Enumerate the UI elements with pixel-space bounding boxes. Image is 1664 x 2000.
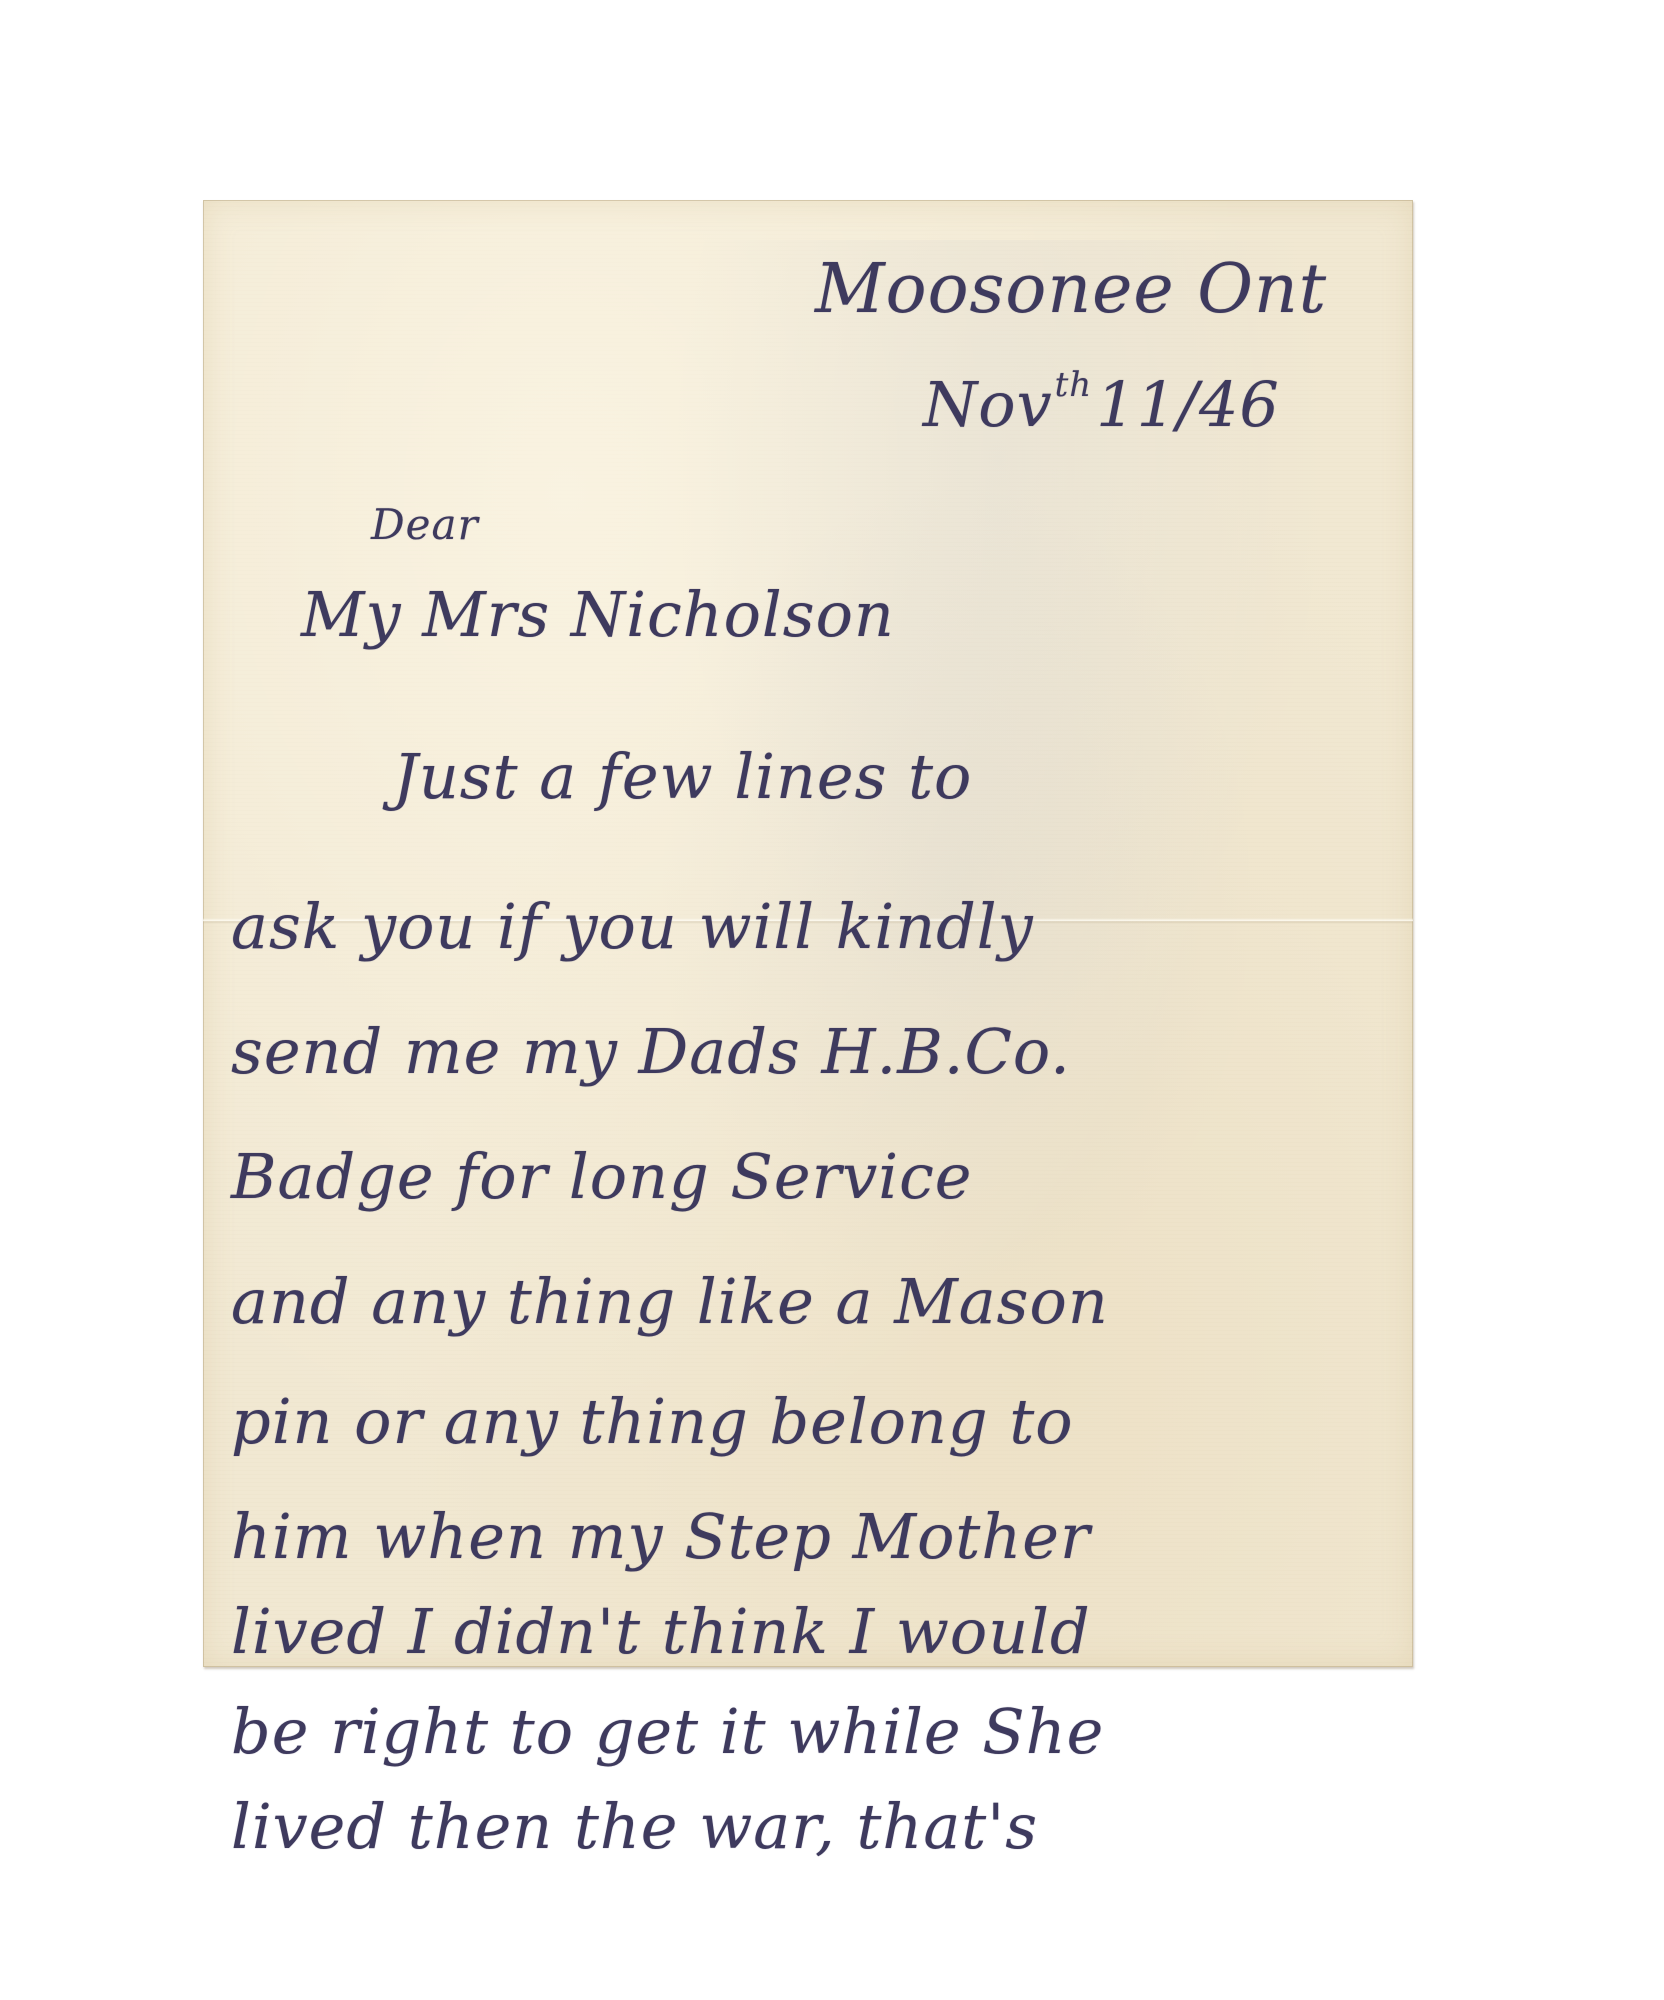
date-month: Nov xyxy=(923,368,1053,441)
letter-place: Moosonee Ont xyxy=(815,250,1327,329)
body-line: pin or any thing belong to xyxy=(231,1385,1074,1458)
body-line: him when my Step Mother xyxy=(231,1500,1091,1573)
body-line: ask you if you will kindly xyxy=(231,890,1034,963)
body-line: be right to get it while She xyxy=(231,1695,1104,1768)
date-day-year: 11/46 xyxy=(1096,368,1280,441)
body-line: Badge for long Service xyxy=(231,1140,972,1213)
body-line: Just a few lines to xyxy=(393,740,972,813)
body-line: send me my Dads H.B.Co. xyxy=(231,1015,1071,1088)
salutation-insertion: Dear xyxy=(371,500,479,549)
letter-paper: Moosonee Ont Novth11/46 Dear My Mrs Nich… xyxy=(203,200,1413,1667)
letter-date: Novth11/46 xyxy=(923,365,1280,441)
salutation: My Mrs Nicholson xyxy=(301,578,895,651)
date-superscript: th xyxy=(1055,365,1093,405)
body-line: and any thing like a Mason xyxy=(231,1265,1109,1338)
body-line: lived then the war, that's xyxy=(231,1790,1038,1863)
body-line: lived I didn't think I would xyxy=(231,1595,1091,1668)
